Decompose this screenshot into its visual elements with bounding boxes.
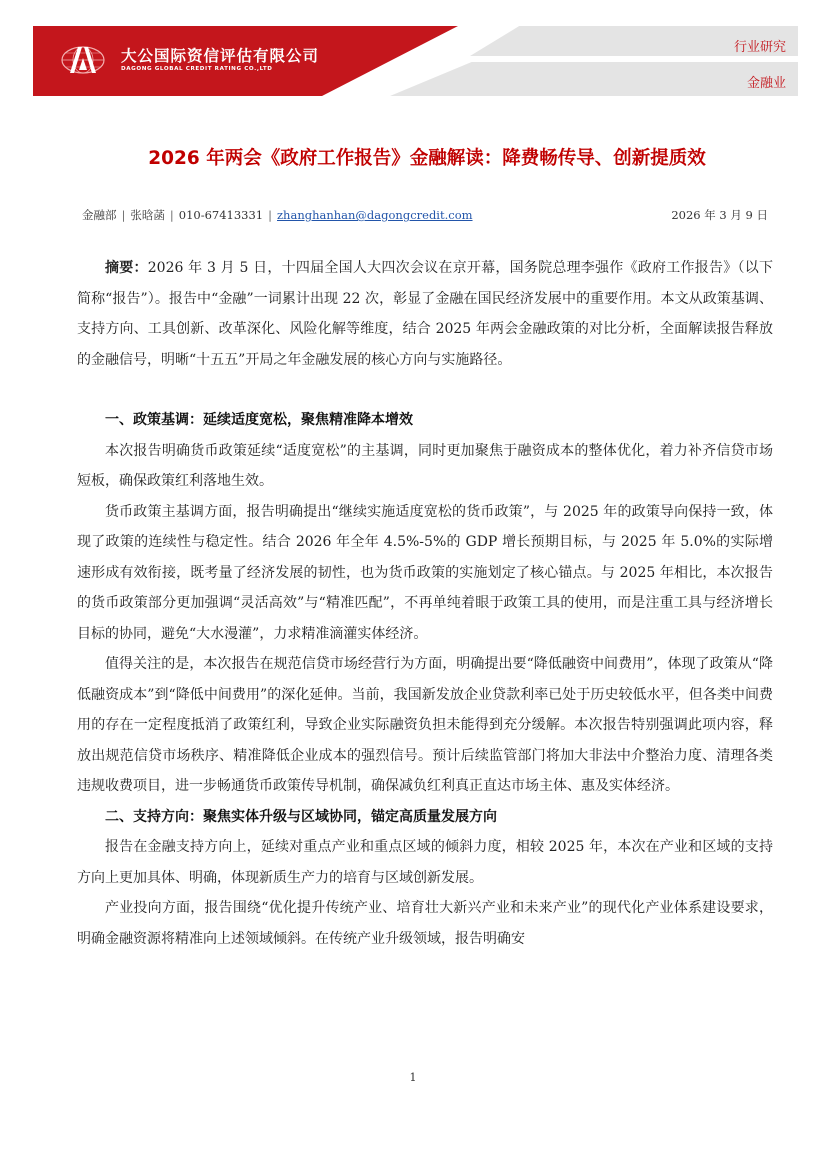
author-info: 金融部|张晗菡|010-67413331|zhanghanhan@dagongc… [82,207,768,223]
document-title: 2026 年两会《政府工作报告》金融解读：降费畅传导、创新提质效 [0,144,826,170]
document-body: 摘要：2026 年 3 月 5 日，十四届全国人大四次会议在京开幕，国务院总理李… [77,253,773,954]
abstract-text: 2026 年 3 月 5 日，十四届全国人大四次会议在京开幕，国务院总理李强作《… [77,260,773,368]
report-category: 行业研究 [734,36,786,55]
body-paragraph: 报告在金融支持方向上，延续对重点产业和重点区域的倾斜力度，相较 2025 年，本… [77,832,773,893]
department: 金融部 [82,208,117,222]
body-paragraph: 产业投向方面，报告围绕“优化提升传统产业、培育壮大新兴产业和未来产业”的现代化产… [77,893,773,954]
report-subcategory: 金融业 [747,72,786,91]
separator: | [170,208,174,222]
page-number: 1 [0,1071,826,1084]
company-name-cn: 大公国际资信评估有限公司 [121,44,319,66]
separator: | [268,208,272,222]
body-paragraph: 值得关注的是，本次报告在规范信贷市场经营行为方面，明确提出要“降低融资中间费用”… [77,649,773,802]
abstract-paragraph: 摘要：2026 年 3 月 5 日，十四届全国人大四次会议在京开幕，国务院总理李… [77,253,773,375]
subcategory-band [390,62,798,96]
section-heading: 二、支持方向：聚焦实体升级与区域协同，锚定高质量发展方向 [77,802,773,833]
report-header: 大公国际资信评估有限公司 DAGONG GLOBAL CREDIT RATING… [0,0,826,110]
author-name: 张晗菡 [130,208,165,222]
abstract-label: 摘要： [105,260,148,276]
dagong-globe-emblem-icon [60,44,106,76]
body-paragraph: 货币政策主基调方面，报告明确提出“继续实施适度宽松的货币政策”，与 2025 年… [77,497,773,650]
section-heading: 一、政策基调：延续适度宽松，聚焦精准降本增效 [77,405,773,436]
body-paragraph: 本次报告明确货币政策延续“适度宽松”的主基调，同时更加聚焦于融资成本的整体优化，… [77,436,773,497]
publish-date: 2026 年 3 月 9 日 [671,207,768,223]
email-link[interactable]: zhanghanhan@dagongcredit.com [277,208,473,222]
phone-number: 010-67413331 [179,208,263,222]
company-name-en: DAGONG GLOBAL CREDIT RATING CO.,LTD [121,66,272,72]
separator: | [122,208,126,222]
